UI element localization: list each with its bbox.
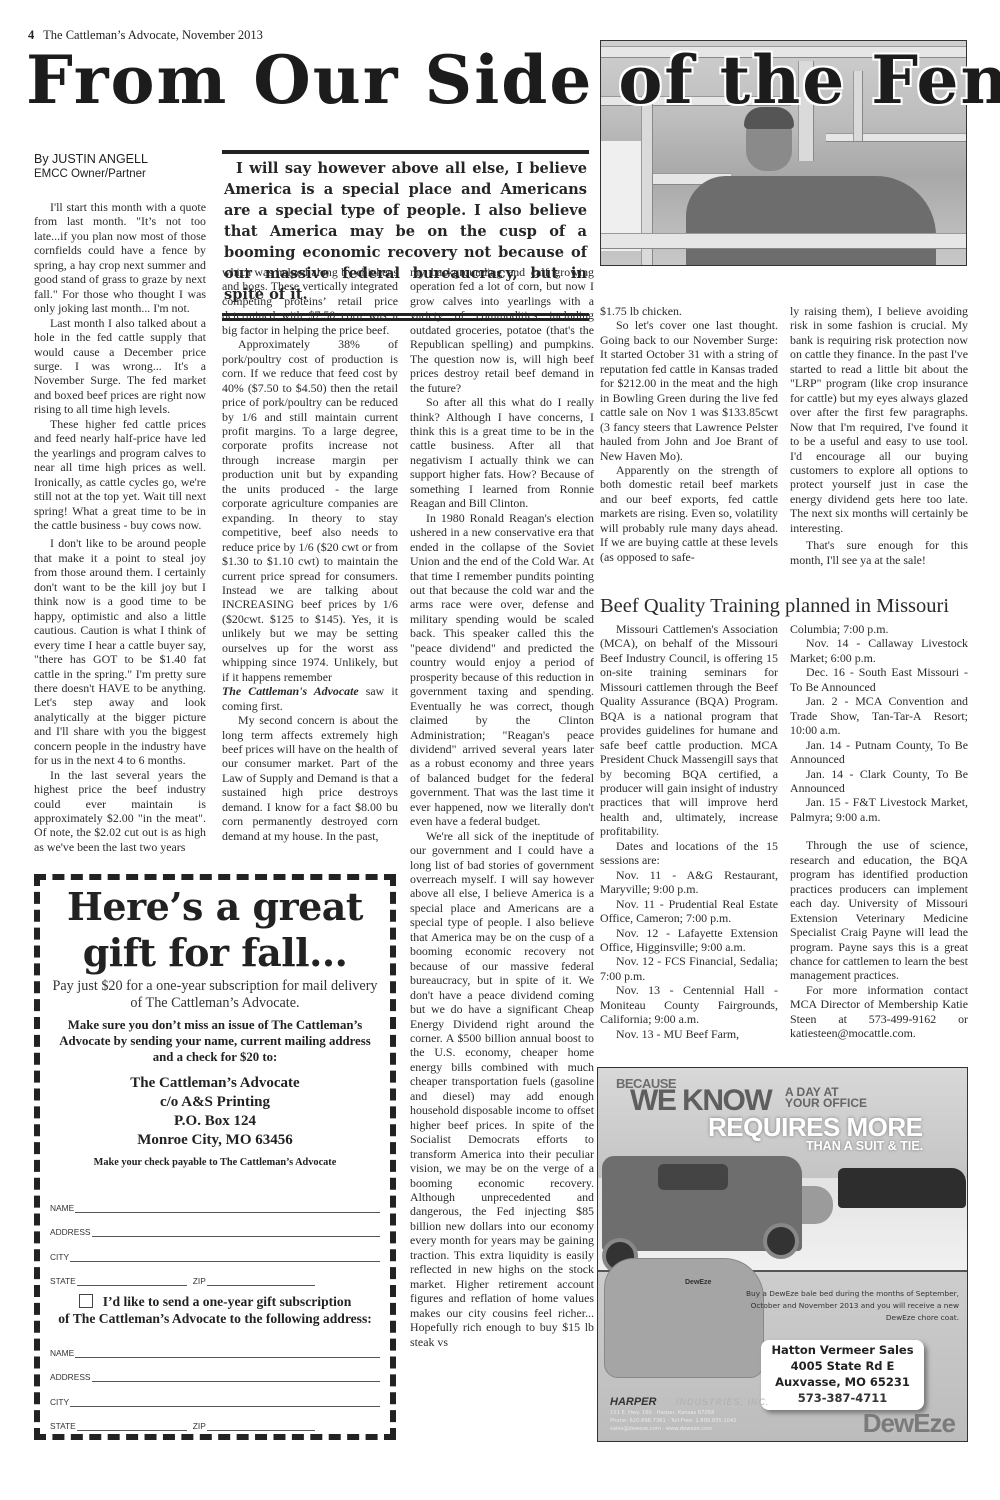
ad-promo-text: Buy a DewEze bale bed during the months … [744,1288,959,1324]
field-label: NAME [50,1203,74,1213]
paragraph: which was helped along by chickens and h… [222,265,398,337]
address-line: The Cattleman’s Advocate [50,1074,380,1093]
session-item: Jan. 14 - Putnam County, To Be Announced [790,738,968,767]
subscriber-form: NAME ADDRESS CITY STATEZIP [50,1188,380,1286]
gift-state-zip-field[interactable]: STATEZIP [50,1407,380,1432]
state-input-line[interactable] [77,1277,187,1286]
harper-contact: 151 E. Hwy. 160 · Harper, Kansas 67058 P… [610,1409,737,1433]
article-column-3: my backgrounding and calf growing operat… [410,265,594,1349]
byline: By JUSTIN ANGELL EMCC Owner/Partner [34,152,148,182]
paragraph: So after all this what do I really think… [410,395,594,511]
harper-phone: Phone: 620.896.7381 · Toll-Free: 1.800.8… [610,1417,737,1425]
deweze-advertisement: BECAUSE WE KNOW A DAY AT YOUR OFFICE REQ… [597,1067,968,1442]
coupon-offer: Pay just $20 for a one-year subscription… [50,978,380,1011]
page-headline: From Our Side of the Fence [26,44,986,116]
address-line: Monroe City, MO 63456 [50,1131,380,1150]
name-input-line[interactable] [75,1204,380,1213]
paragraph: Approximately 38% of pork/poultry cost o… [222,337,398,684]
session-item: Dec. 16 - South East Missouri - To Be An… [790,665,968,694]
dealer-city: Auxvasse, MO 65231 [761,1374,924,1390]
dealer-info-box: Hatton Vermeer Sales 4005 State Rd E Aux… [761,1340,924,1410]
address-field[interactable]: ADDRESS [50,1213,380,1238]
gift-zip-input-line[interactable] [207,1422,315,1431]
session-item: Nov. 14 - Callaway Livestock Market; 6:0… [790,636,968,665]
session-item: Nov. 13 - Centennial Hall - Moniteau Cou… [600,983,778,1026]
name-field[interactable]: NAME [50,1188,380,1213]
paragraph: Missouri Cattlemen's Association (MCA), … [600,622,778,839]
publication-date: The Cattleman’s Advocate, November 2013 [43,28,263,42]
rule [222,150,589,154]
session-item: Nov. 12 - Lafayette Extension Office, Hi… [600,926,778,955]
harper-address: 151 E. Hwy. 160 · Harper, Kansas 67058 [610,1409,737,1417]
chore-coat-shape: DewEze [604,1258,764,1378]
paragraph: I don't like to be around people that ma… [34,536,206,767]
bqa-column-1: Missouri Cattlemen's Association (MCA), … [600,622,778,1041]
truck-window [658,1164,728,1190]
ad-line: YOUR OFFICE [785,1098,867,1109]
publication-name-italic: The Cattleman's Advocate [222,684,359,698]
gift-state-input-line[interactable] [77,1422,187,1431]
paragraph: We're all sick of the ineptitude of our … [410,829,594,1349]
field-label: STATE [50,1276,76,1286]
page-number: 4 [28,28,34,42]
address-line: P.O. Box 124 [50,1112,380,1131]
fence-rail [826,133,967,142]
dealer-phone: 573-387-4711 [761,1390,924,1406]
bqa-column-2: Columbia; 7:00 p.m. Nov. 14 - Callaway L… [790,622,968,1041]
field-label: ZIP [193,1421,206,1431]
gift-address-input-line[interactable] [92,1373,381,1382]
state-zip-field[interactable]: STATEZIP [50,1262,380,1287]
ad-day-at-office: A DAY AT YOUR OFFICE [785,1087,867,1109]
harper-logo: HARPER [610,1396,656,1408]
field-label: STATE [50,1421,76,1431]
session-item: Jan. 14 - Clark County, To Be Announced [790,767,968,796]
dealer-name: Hatton Vermeer Sales [761,1342,924,1358]
session-item: Nov. 13 - MU Beef Farm, [600,1027,778,1041]
paragraph: ly raising them), I believe avoiding ris… [790,304,968,535]
field-label: ADDRESS [50,1372,91,1382]
payable-note: Make your check payable to The Cattleman… [50,1156,380,1170]
article-column-1: I'll start this month with a quote from … [34,200,206,854]
paragraph: Apparently on the strength of both domes… [600,463,778,564]
field-label: ADDRESS [50,1227,91,1237]
session-item: Columbia; 7:00 p.m. [790,622,968,636]
gift-city-input-line[interactable] [70,1398,380,1407]
session-item: Nov. 12 - FCS Financial, Sedalia; 7:00 p… [600,954,778,983]
article-column-2: which was helped along by chickens and h… [222,265,398,843]
address-line: c/o A&S Printing [50,1093,380,1112]
paragraph: Dates and locations of the 15 sessions a… [600,839,778,868]
field-label: CITY [50,1252,69,1262]
deweze-logo: DewEze [863,1408,955,1439]
article-column-5: ly raising them), I believe avoiding ris… [790,304,968,567]
paragraph: The Cattleman's Advocate saw it coming f… [222,684,398,713]
coat-logo: DewEze [685,1279,711,1286]
man-jacket [686,176,936,266]
paragraph: Last month I also talked about a hole in… [34,316,206,417]
city-input-line[interactable] [70,1253,380,1262]
paragraph: That's sure enough for this month, I'll … [790,538,968,567]
gift-name-field[interactable]: NAME [50,1333,380,1358]
paragraph: Through the use of science, research and… [790,838,968,983]
coupon-headline-line: gift for fall... [50,930,380,976]
article-column-4: $1.75 lb chicken. So let's cover one las… [600,304,778,564]
paragraph: I'll start this month with a quote from … [34,200,206,316]
session-item: Jan. 15 - F&T Livestock Market, Palmyra;… [790,795,968,824]
coupon-headline-line: Here’s a great [50,884,380,930]
subscription-coupon: Here’s a great gift for fall... Pay just… [34,874,396,1440]
paragraph: $1.75 lb chicken. [600,304,778,318]
mailing-address: The Cattleman’s Advocate c/o A&S Printin… [50,1074,380,1150]
author-role: EMCC Owner/Partner [34,167,148,182]
harper-industries: INDUSTRIES, INC. [676,1397,770,1407]
session-item: Nov. 11 - A&G Restaurant, Maryville; 9:0… [600,868,778,897]
gift-checkbox[interactable] [79,1294,93,1308]
gift-address-field[interactable]: ADDRESS [50,1358,380,1383]
contact-paragraph: For more information contact MCA Directo… [790,983,968,1041]
ad-suit-tie: THAN A SUIT & TIE. [806,1139,923,1153]
dealer-street: 4005 State Rd E [761,1358,924,1374]
paragraph: So let's cover one last thought. Going b… [600,318,778,463]
field-label: ZIP [193,1276,206,1286]
coupon-instructions: Make sure you don’t miss an issue of The… [50,1017,380,1065]
coupon-headline: Here’s a great gift for fall... [50,884,380,976]
gift-city-field[interactable]: CITY [50,1382,380,1407]
paragraph: my backgrounding and calf growing operat… [410,265,594,395]
truck-wheel [763,1223,799,1259]
harper-web: sales@deweze.com · www.deweze.com [610,1425,737,1433]
session-item: Nov. 11 - Prudential Real Estate Office,… [600,897,778,926]
address-input-line[interactable] [92,1228,381,1237]
city-field[interactable]: CITY [50,1237,380,1262]
session-item: Jan. 2 - MCA Convention and Trade Show, … [790,694,968,737]
gift-subscription-option: I’d like to send a one-year gift subscri… [50,1294,380,1327]
paragraph: In 1980 Ronald Reagan's election ushered… [410,511,594,829]
zip-input-line[interactable] [207,1277,315,1286]
fence-rail-front [601,233,966,249]
gift-name-input-line[interactable] [75,1349,380,1358]
paragraph: My second concern is about the long term… [222,713,398,843]
field-label: CITY [50,1397,69,1407]
author-name: By JUSTIN ANGELL [34,152,148,167]
paragraph: In the last several years the highest pr… [34,768,206,855]
cattle-herd-shape [838,1168,966,1208]
gift-label: of The Cattleman’s Advocate to the follo… [50,1311,380,1328]
gift-label: I’d like to send a one-year gift subscri… [103,1294,352,1309]
field-label: NAME [50,1348,74,1358]
paragraph: These higher fed cattle prices and feed … [34,417,206,533]
bqa-headline: Beef Quality Training planned in Missour… [600,594,970,618]
gift-recipient-form: NAME ADDRESS CITY STATEZIP [50,1333,380,1431]
